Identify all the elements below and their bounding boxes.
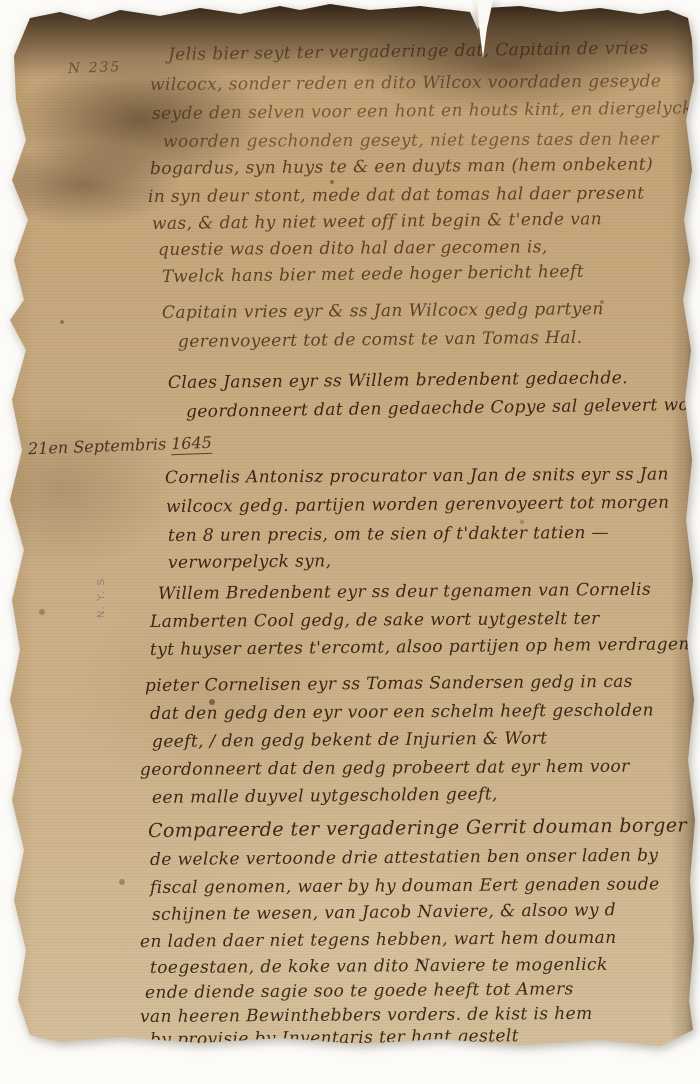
manuscript-line: was, & dat hy niet weet off int begin & …	[152, 209, 602, 234]
manuscript-line: seyde den selven voor een hont en houts …	[152, 98, 700, 124]
manuscript-line: gerenvoyeert tot de comst te van Tomas H…	[178, 328, 583, 352]
ink-speckles	[0, 0, 4, 4]
manuscript-line: Willem Bredenbent eyr ss deur tgenamen v…	[158, 580, 651, 604]
manuscript-line: pieter Cornelisen eyr ss Tomas Sandersen…	[145, 672, 633, 696]
handwriting-layer: Jelis bier seyt ter vergaderinge dat, Ca…	[0, 0, 700, 1084]
manuscript-line: schijnen te wesen, van Jacob Naviere, & …	[152, 900, 616, 925]
manuscript-line: in syn deur stont, mede dat dat tomas ha…	[148, 184, 645, 207]
manuscript-line: Compareerde ter vergaderinge Gerrit doum…	[148, 814, 687, 842]
manuscript-line: ten 8 uren precis, om te sien of t'dakte…	[168, 523, 609, 546]
manuscript-line: de welcke vertoonde drie attestatien ben…	[150, 846, 659, 870]
manuscript-line: van heeren Bewinthebbers vorders. de kis…	[140, 1004, 593, 1027]
manuscript-line: en laden daer niet tegens hebben, wart h…	[140, 928, 617, 952]
manuscript-line: een malle duyvel uytgescholden geeft,	[152, 784, 498, 808]
manuscript-line: Jelis bier seyt ter vergaderinge dat, Ca…	[168, 38, 649, 65]
manuscript-line: geordonneert dat den gedg probeert dat e…	[140, 757, 630, 780]
manuscript-line: geeft, / den gedg bekent de Injurien & W…	[152, 729, 548, 752]
manuscript-line: dat den gedg den eyr voor een schelm hee…	[150, 700, 654, 724]
manuscript-line: by provisie by Inventaris ter hant geste…	[150, 1026, 519, 1050]
manuscript-line: verworpelyck syn,	[168, 551, 332, 573]
parchment-page: N 235 N. Y. S 21en Septembris1645 Jelis …	[0, 0, 700, 1084]
manuscript-line: tyt huyser aertes t'ercomt, alsoo partij…	[150, 634, 690, 660]
manuscript-line: Cornelis Antonisz procurator van Jan de …	[165, 464, 669, 488]
parchment-page-wrap: N 235 N. Y. S 21en Septembris1645 Jelis …	[0, 0, 700, 1084]
manuscript-line: bogardus, syn huys te & een duyts man (h…	[150, 155, 653, 179]
manuscript-line: woorden geschonden geseyt, niet tegens t…	[163, 129, 659, 152]
manuscript-line: toegestaen, de koke van dito Naviere te …	[150, 955, 608, 978]
manuscript-line: wilcocx, sonder reden en dito Wilcox voo…	[150, 71, 661, 95]
manuscript-line: Capitain vries eyr & ss Jan Wilcocx gedg…	[162, 299, 604, 323]
manuscript-line: wilcocx gedg. partijen worden gerenvoyee…	[166, 493, 670, 517]
manuscript-line: Twelck hans bier met eede hoger bericht …	[162, 262, 584, 287]
manuscript-line: Claes Jansen eyr ss Willem bredenbent ge…	[168, 368, 628, 393]
manuscript-line: Lamberten Cool gedg, de sake wort uytges…	[150, 609, 600, 632]
manuscript-line: questie was doen dito hal daer gecomen i…	[158, 237, 548, 260]
manuscript-line: fiscal genomen, waer by hy douman Eert g…	[150, 874, 660, 898]
manuscript-line: ende diende sagie soo te goede heeft tot…	[145, 979, 574, 1003]
manuscript-scan: N 235 N. Y. S 21en Septembris1645 Jelis …	[0, 0, 700, 1084]
manuscript-line: geordonneert dat den gedaechde Copye sal…	[186, 395, 700, 422]
